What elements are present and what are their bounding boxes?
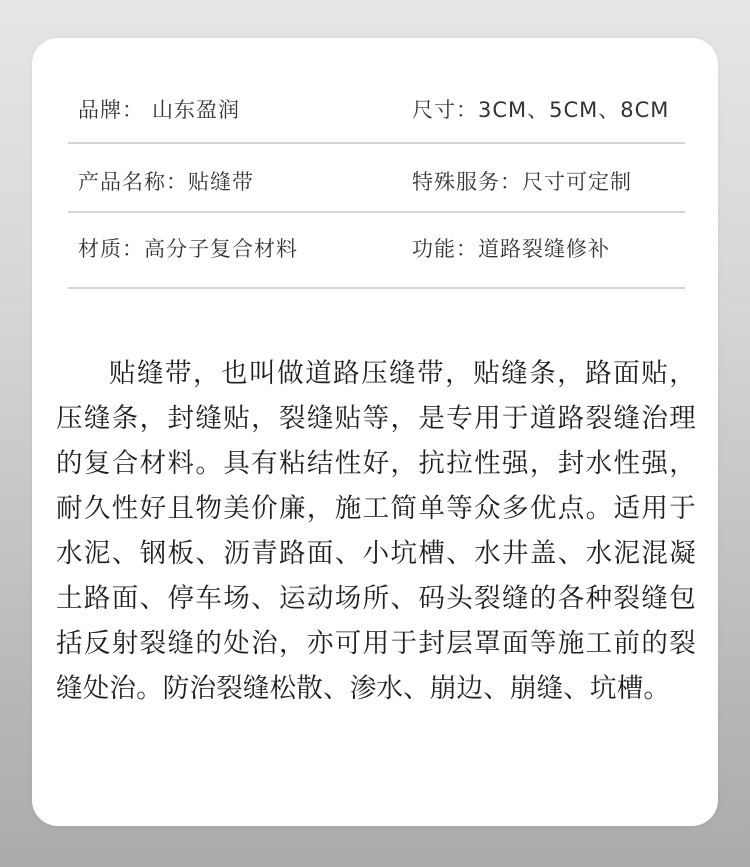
spec-function: 功能：道路裂缝修补 bbox=[412, 233, 610, 263]
spec-value: 高分子复合材料 bbox=[144, 237, 298, 261]
spec-brand: 品牌：山东盈润 bbox=[78, 94, 240, 124]
spec-value: 尺寸可定制 bbox=[522, 170, 632, 194]
spec-label: 特殊服务： bbox=[412, 170, 522, 194]
spec-label: 尺寸： bbox=[412, 98, 478, 122]
spec-special-service: 特殊服务：尺寸可定制 bbox=[412, 166, 632, 196]
spec-value: 3CM、5CM、8CM bbox=[478, 98, 669, 122]
spec-material: 材质：高分子复合材料 bbox=[78, 233, 298, 263]
spec-value: 山东盈润 bbox=[152, 98, 240, 122]
spec-label: 产品名称： bbox=[78, 170, 188, 194]
spec-label: 材质： bbox=[78, 237, 144, 261]
spec-row-material-function: 材质：高分子复合材料 功能：道路裂缝修补 bbox=[68, 213, 685, 289]
product-info-card: 品牌：山东盈润 尺寸：3CM、5CM、8CM 产品名称：贴缝带 特殊服务：尺寸可… bbox=[32, 38, 718, 826]
spec-product-name: 产品名称：贴缝带 bbox=[78, 166, 254, 196]
spec-value: 道路裂缝修补 bbox=[478, 237, 610, 261]
spec-table: 品牌：山东盈润 尺寸：3CM、5CM、8CM 产品名称：贴缝带 特殊服务：尺寸可… bbox=[68, 38, 685, 289]
spec-label: 品牌： bbox=[78, 98, 144, 122]
spec-size: 尺寸：3CM、5CM、8CM bbox=[412, 94, 669, 124]
spec-row-brand-size: 品牌：山东盈润 尺寸：3CM、5CM、8CM bbox=[68, 38, 685, 144]
spec-row-name-service: 产品名称：贴缝带 特殊服务：尺寸可定制 bbox=[68, 144, 685, 213]
spec-label: 功能： bbox=[412, 237, 478, 261]
spec-value: 贴缝带 bbox=[188, 170, 254, 194]
product-description: 贴缝带，也叫做道路压缝带，贴缝条，路面贴，压缝条，封缝贴，裂缝贴等，是专用于道路… bbox=[56, 351, 696, 711]
